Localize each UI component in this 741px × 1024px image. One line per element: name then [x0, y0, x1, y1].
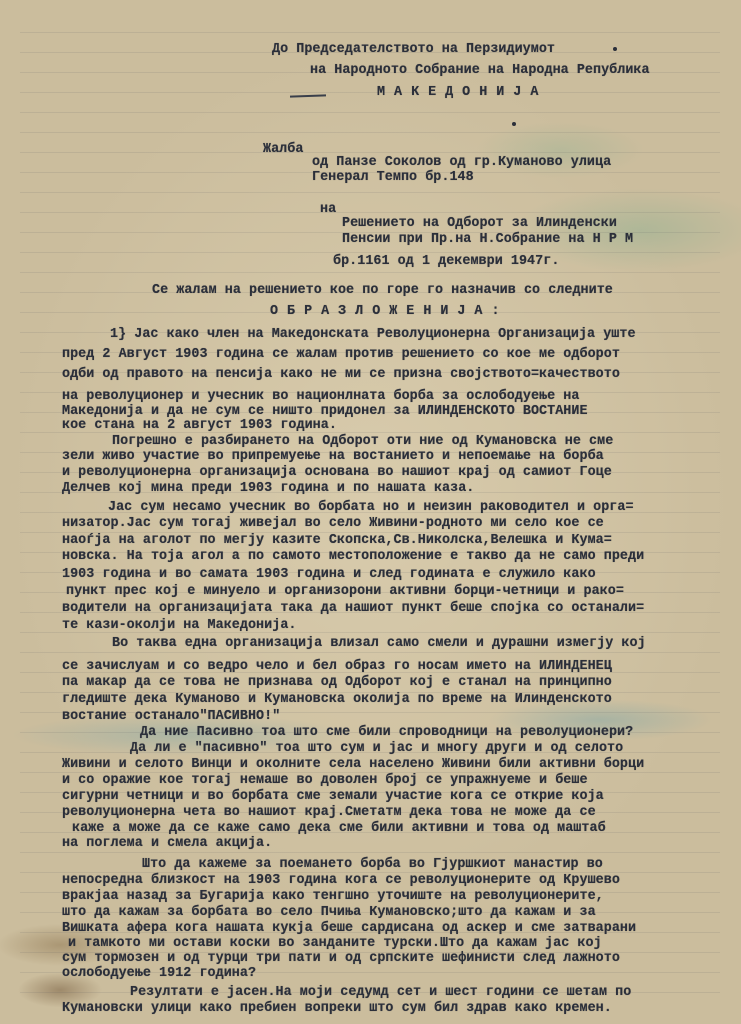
body-line: Јас сум несамо учесник во борбата но и н… — [108, 500, 634, 516]
body-line: зели живо участие во припремуење на вост… — [62, 449, 604, 465]
body-line: Делчев кој мина преди 1903 година и по н… — [62, 481, 474, 497]
body-line: каже а може да се каже само дека сме бил… — [72, 821, 606, 837]
body-line: 1903 година и во самата 1903 година и сл… — [62, 567, 596, 583]
section-heading: ОБРАЗЛОЖЕНИЈА: — [270, 304, 509, 320]
complaint-subject-2: Пенсии при Пр.на Н.Собрание на Н Р М — [342, 232, 633, 248]
body-line: востание останало"ПАСИВНО!" — [62, 709, 280, 725]
complaint-from-2: Генерал Темпо бр.148 — [312, 170, 474, 186]
body-line: новска. На тоја агол а по самото местопо… — [62, 549, 644, 565]
body-line: се зачислуам и со ведро чело и бел образ… — [62, 659, 612, 675]
complaint-on: на — [320, 202, 336, 218]
body-line: гледиште дека Куманово и Кумановска окол… — [62, 692, 612, 708]
body-line: пред 2 Август 1903 година се жалам проти… — [62, 347, 620, 363]
body-line: на револуционер и учесник во национлната… — [62, 389, 579, 405]
body-line: и револуционерна организација основана в… — [62, 465, 612, 481]
scanned-document-page: До Председателството на Перзидиумот на Н… — [0, 0, 741, 1024]
body-line: Да ли е "пасивно" тоа што сум и јас и мн… — [130, 741, 623, 757]
body-line: и со оражие кое тогај немаше во доволен … — [62, 773, 588, 789]
body-line: револуционерна чета во нашиот крај.Смета… — [62, 805, 596, 821]
complaint-title: Жалба — [263, 142, 303, 158]
body-line: 1} Јас како член на Македонската Револуц… — [110, 327, 636, 343]
body-line: Погрешно е разбирането на Одборот оти ни… — [112, 434, 613, 450]
complaint-subject-3: бр.1161 од 1 декември 1947г. — [333, 254, 559, 270]
body-line: одби од правото на пенсија како не ми се… — [62, 367, 620, 383]
body-line: те кази-околји на Македонија. — [62, 618, 297, 634]
header-line-3: МАКЕДОНИЈА — [377, 85, 547, 101]
header-line-1: До Председателството на Перзидиумот — [272, 42, 555, 58]
complaint-subject-1: Решението на Одборот за Илинденски — [342, 216, 617, 232]
body-line: непосредна близкост на 1903 година кога … — [62, 873, 620, 889]
body-line: Што да кажеме за поемането борба во Гјур… — [142, 857, 603, 873]
body-line: на поглема и смела акција. — [62, 836, 272, 852]
body-line: Во таква една организација влизал само с… — [112, 636, 646, 652]
intro-line: Се жалам на решението кое по горе го наз… — [152, 283, 613, 299]
complaint-from-1: од Панзе Соколов од гр.Куманово улица — [312, 155, 611, 171]
body-line: пункт прес кој е минуело и организорони … — [66, 584, 624, 600]
stray-dot — [613, 47, 617, 51]
stray-dot — [512, 122, 516, 126]
body-line: наоѓја на аголот по мегју казите Скопска… — [62, 533, 612, 549]
body-line: водители на организацијата така да нашио… — [62, 601, 644, 617]
body-line: сум тормозен и од турци три пати и од ср… — [62, 951, 620, 967]
body-line: па макар да се това не признава од Одбор… — [62, 675, 612, 691]
body-line: Да ние Пасивно тоа што сме били спроводн… — [140, 725, 633, 741]
body-line: вракјаа назад за Бугарија како тенгшно у… — [62, 889, 604, 905]
body-line: и тамкото ми остави коски во занданите т… — [68, 936, 602, 952]
header-line-2: на Народното Собрание на Народна Републи… — [310, 63, 650, 79]
body-line: што да кажам за борбата во село Пчиња Ку… — [62, 905, 596, 921]
body-line: Резултати е јасен.На моји седумд сет и ш… — [130, 985, 631, 1001]
pen-mark — [290, 94, 326, 97]
body-line: низатор.Јас сум тогај живејал во село Жи… — [62, 516, 604, 532]
body-line: кое стана на 2 август 1903 година. — [62, 418, 337, 434]
body-line: Кумановски улици како пребиен вопреки шт… — [62, 1001, 612, 1017]
body-line: Живини и селото Винци и околните села на… — [62, 757, 644, 773]
body-line: сигурни четници и во борбата сме земали … — [62, 789, 604, 805]
body-line: Вишката афера кога нашата кукја беше сар… — [62, 921, 636, 937]
body-line: ослободуење 1912 година? — [62, 966, 256, 982]
